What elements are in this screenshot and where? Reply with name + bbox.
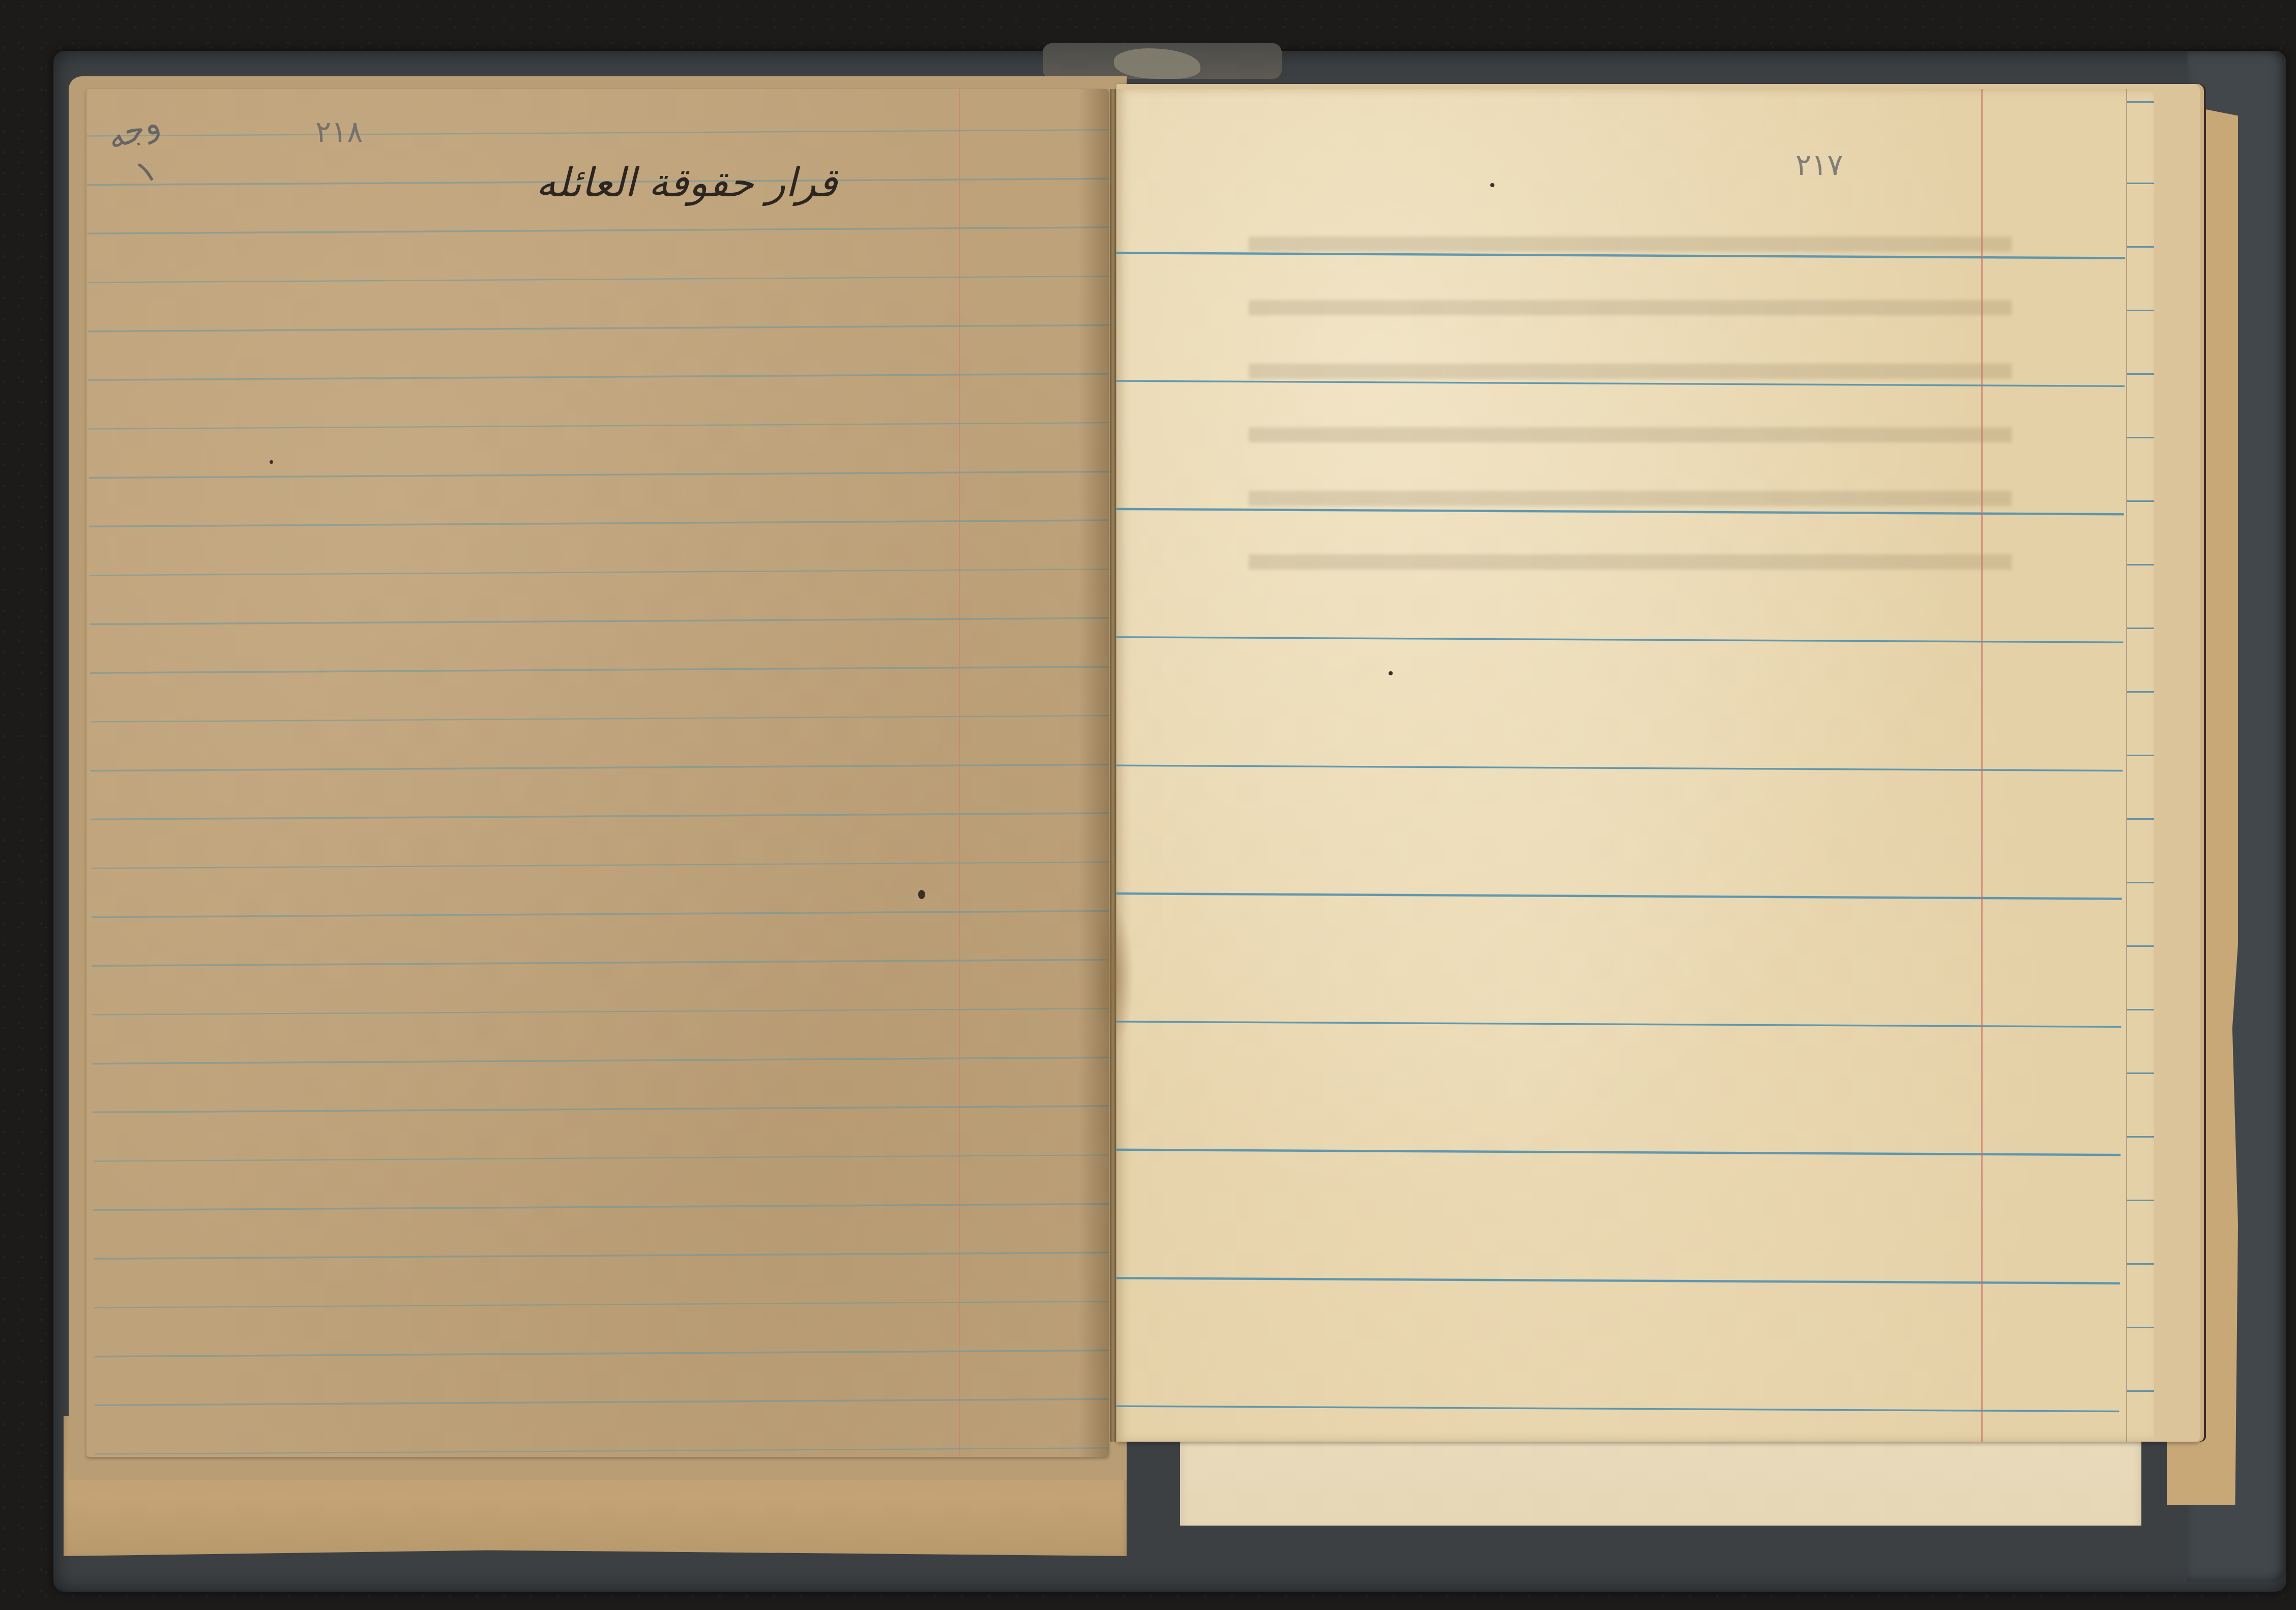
left-page-number: ٢١٨ <box>315 114 363 149</box>
ink-speck <box>918 890 925 899</box>
page-heading: قرار حقوقة العائله <box>488 160 885 206</box>
left-page-margin-line <box>959 89 960 1457</box>
spine-gutter <box>1110 89 1116 1442</box>
ink-speck <box>270 460 273 464</box>
right-page-margin-line <box>1981 89 1983 1442</box>
right-page-number: ٢١٧ <box>1795 147 1843 182</box>
left-gutter-shadow <box>1078 89 1109 1457</box>
right-page-edge-ticks <box>2127 89 2154 1442</box>
right-page <box>1116 89 2154 1442</box>
left-page <box>86 89 1109 1457</box>
right-page-rules <box>1116 89 2126 1442</box>
gutter-stain <box>1094 905 1134 1048</box>
ink-speck <box>1490 183 1494 187</box>
ink-speck <box>1389 671 1393 675</box>
left-page-rules <box>86 89 1109 1457</box>
